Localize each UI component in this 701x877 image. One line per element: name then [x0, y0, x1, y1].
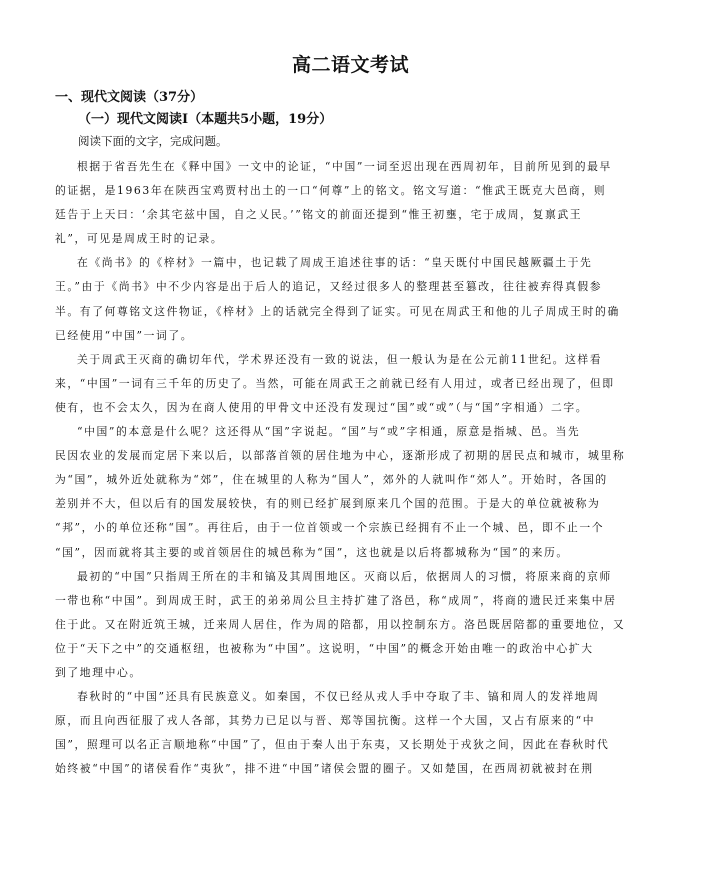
text-line: 关于周武王灭商的确切年代，学术界还没有一致的说法，但一般认为是在公元前11世纪。…: [55, 348, 565, 372]
text-line: 最初的“中国”只指周王所在的丰和镐及其周围地区。灭商以后，依据周人的习惯，将原来…: [55, 565, 565, 589]
paragraph-4: “中国”的本意是什么呢？这还得从“国”字说起。“国”与“或”字相通，原意是指城、…: [55, 420, 565, 565]
text-line: “中国”的本意是什么呢？这还得从“国”字说起。“国”与“或”字相通，原意是指城、…: [55, 420, 565, 444]
paragraph-6: 春秋时的“中国”还具有民族意义。如秦国，不仅已经从戎人手中夺取了丰、镐和周人的发…: [55, 685, 565, 781]
text-line: 根据于省吾先生在《释中国》一文中的论证，“中国”一词至迟出现在西周初年，目前所见…: [55, 155, 565, 179]
text-line: 使有，也不会太久，因为在商人使用的甲骨文中还没有发现过“国”或“或”（与“国”字…: [55, 396, 565, 420]
paragraph-3: 关于周武王灭商的确切年代，学术界还没有一致的说法，但一般认为是在公元前11世纪。…: [55, 348, 565, 420]
text-line: 到了地理中心。: [55, 661, 565, 685]
text-line: 国”，照理可以名正言顺地称“中国”了，但由于秦人出于东夷，又长期处于戎狄之间，因…: [55, 733, 565, 757]
text-line: 在《尚书》的《梓材》一篇中，也记载了周成王追述往事的话：“皇天既付中国民越厥疆土…: [55, 251, 565, 275]
reading-instruction: 阅读下面的文字，完成问题。: [78, 133, 228, 149]
paragraph-1: 根据于省吾先生在《释中国》一文中的论证，“中国”一词至迟出现在西周初年，目前所见…: [55, 155, 565, 251]
text-line: 已经使用“中国”一词了。: [55, 324, 565, 348]
text-line: 来，“中国”一词有三千年的历史了。当然，可能在周武王之前就已经有人用过，或者已经…: [55, 372, 565, 396]
text-line: 王。”由于《尚书》中不少内容是出于后人的追记，又经过很多人的整理甚至篡改，往往被…: [55, 275, 565, 299]
subsection-heading: （一）现代文阅读Ⅰ（本题共5小题，19分）: [78, 108, 332, 127]
text-line: 春秋时的“中国”还具有民族意义。如秦国，不仅已经从戎人手中夺取了丰、镐和周人的发…: [55, 685, 565, 709]
exam-title: 高二语文考试: [0, 50, 701, 77]
text-line: 礼”，可见是周成王时的记录。: [55, 227, 565, 251]
reading-passage: 根据于省吾先生在《释中国》一文中的论证，“中国”一词至迟出现在西周初年，目前所见…: [55, 155, 565, 781]
text-line: 的证据，是1963年在陕西宝鸡贾村出土的一口“何尊”上的铭文。铭文写道：“惟武王…: [55, 179, 565, 203]
section-heading: 一、现代文阅读（37分）: [55, 86, 203, 105]
text-line: 廷告于上天曰：‘余其宅兹中国，自之乂民。’”铭文的前面还提到“惟王初壅，宅于成周…: [55, 203, 565, 227]
text-line: 为“国”，城外近处就称为“郊”，住在城里的人称为“国人”，郊外的人就叫作“郊人”…: [55, 468, 565, 492]
text-line: 半。有了何尊铭文这件物证，《梓材》上的话就完全得到了证实。可见在周武王和他的儿子…: [55, 300, 565, 324]
text-line: “邦”，小的单位还称“国”。再往后，由于一位首领或一个宗族已经拥有不止一个城、邑…: [55, 516, 565, 540]
text-line: 一带也称“中国”。到周成王时，武王的弟弟周公旦主持扩建了洛邑，称“成周”，将商的…: [55, 589, 565, 613]
text-line: 民因农业的发展而定居下来以后，以部落首领的居住地为中心，逐渐形成了初期的居民点和…: [55, 444, 565, 468]
text-line: 位于“天下之中”的交通枢纽，也被称为“中国”。这说明，“中国”的概念开始由唯一的…: [55, 637, 565, 661]
text-line: 差别并不大，但以后有的国发展较快，有的则已经扩展到原来几个国的范围。于是大的单位…: [55, 492, 565, 516]
paragraph-5: 最初的“中国”只指周王所在的丰和镐及其周围地区。灭商以后，依据周人的习惯，将原来…: [55, 565, 565, 685]
paragraph-2: 在《尚书》的《梓材》一篇中，也记载了周成王追述往事的话：“皇天既付中国民越厥疆土…: [55, 251, 565, 347]
exam-page: 高二语文考试 一、现代文阅读（37分） （一）现代文阅读Ⅰ（本题共5小题，19分…: [0, 0, 701, 877]
text-line: 住于此。又在附近筑王城，迁来周人居住，作为周的陪都，用以控制东方。洛邑既居陪都的…: [55, 613, 565, 637]
text-line: 始终被“中国”的诸侯看作“夷狄”，排不进“中国”诸侯会盟的圈子。又如楚国，在西周…: [55, 757, 565, 781]
text-line: “国”，因而就将其主要的或首领居住的城邑称为“国”，这也就是以后将都城称为“国”…: [55, 541, 565, 565]
text-line: 原，而且向西征服了戎人各部，其势力已足以与晋、郑等国抗衡。这样一个大国，又占有原…: [55, 709, 565, 733]
